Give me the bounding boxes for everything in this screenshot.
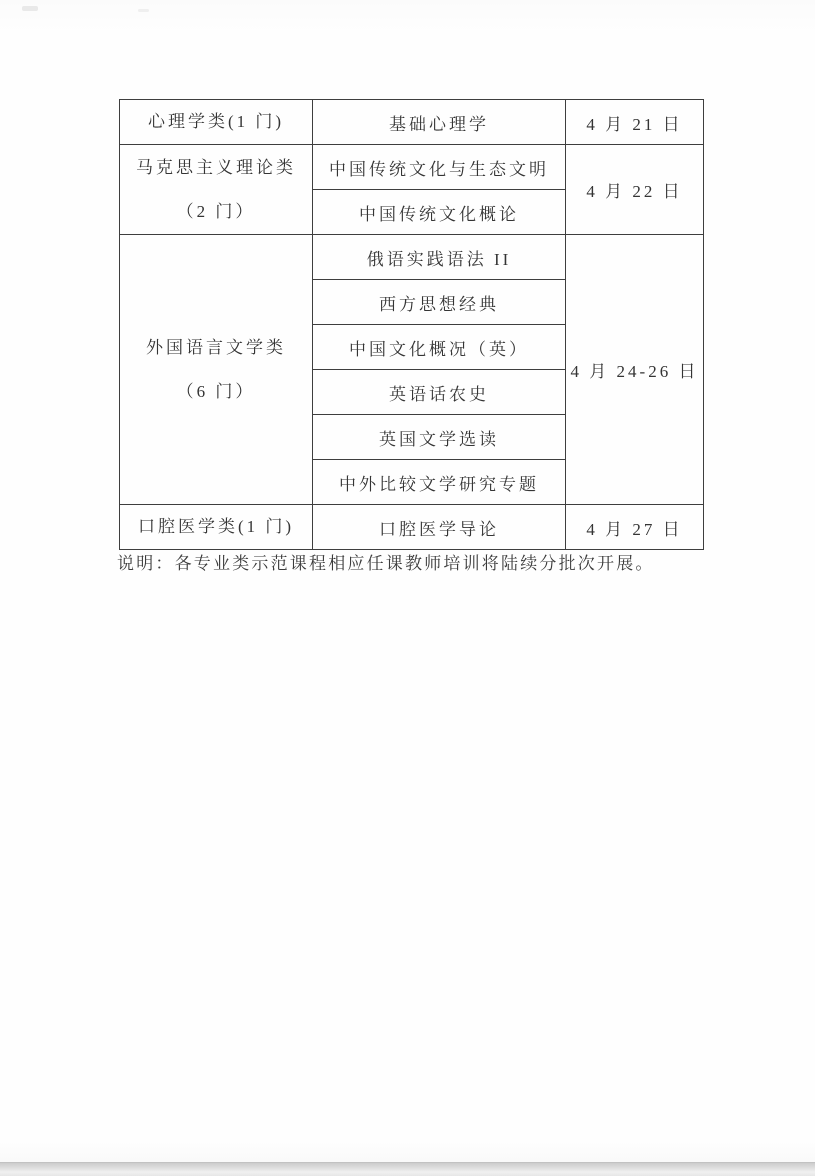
scan-artifact	[22, 6, 38, 11]
course-cell: 口腔医学导论	[313, 505, 566, 550]
category-cell: 外国语言文学类 （6 门）	[120, 235, 313, 505]
date-cell: 4 月 21 日	[566, 100, 704, 145]
date-cell: 4 月 22 日	[566, 145, 704, 235]
table-row: 口腔医学类(1 门) 口腔医学导论 4 月 27 日	[120, 505, 704, 550]
note-text: 说明：各专业类示范课程相应任课教师培训将陆续分批次开展。	[117, 549, 737, 574]
category-count-label: （2 门）	[120, 190, 312, 234]
course-cell: 西方思想经典	[313, 280, 566, 325]
table-row: 马克思主义理论类 （2 门） 中国传统文化与生态文明 4 月 22 日	[120, 145, 704, 190]
course-cell: 英语话农史	[313, 370, 566, 415]
course-cell: 中国文化概况（英）	[313, 325, 566, 370]
date-cell: 4 月 27 日	[566, 505, 704, 550]
course-cell: 基础心理学	[313, 100, 566, 145]
course-cell: 俄语实践语法 II	[313, 235, 566, 280]
document-page: 心理学类(1 门) 基础心理学 4 月 21 日 马克思主义理论类 （2 门） …	[0, 0, 815, 1176]
course-cell: 中国传统文化与生态文明	[313, 145, 566, 190]
table-row: 外国语言文学类 （6 门） 俄语实践语法 II 4 月 24-26 日	[120, 235, 704, 280]
category-label: 马克思主义理论类	[120, 146, 312, 190]
category-label: 口腔医学类(1 门)	[120, 505, 312, 549]
category-cell: 马克思主义理论类 （2 门）	[120, 145, 313, 235]
category-label: 心理学类(1 门)	[120, 100, 312, 144]
course-cell: 英国文学选读	[313, 415, 566, 460]
table-row: 心理学类(1 门) 基础心理学 4 月 21 日	[120, 100, 704, 145]
course-cell: 中外比较文学研究专题	[313, 460, 566, 505]
category-cell: 心理学类(1 门)	[120, 100, 313, 145]
scan-artifact	[138, 9, 149, 12]
category-cell: 口腔医学类(1 门)	[120, 505, 313, 550]
category-count-label: （6 门）	[120, 370, 312, 414]
page-bottom-edge	[0, 1162, 815, 1176]
course-cell: 中国传统文化概论	[313, 190, 566, 235]
date-cell: 4 月 24-26 日	[566, 235, 704, 505]
category-label: 外国语言文学类	[120, 326, 312, 370]
course-schedule-table: 心理学类(1 门) 基础心理学 4 月 21 日 马克思主义理论类 （2 门） …	[119, 99, 704, 550]
